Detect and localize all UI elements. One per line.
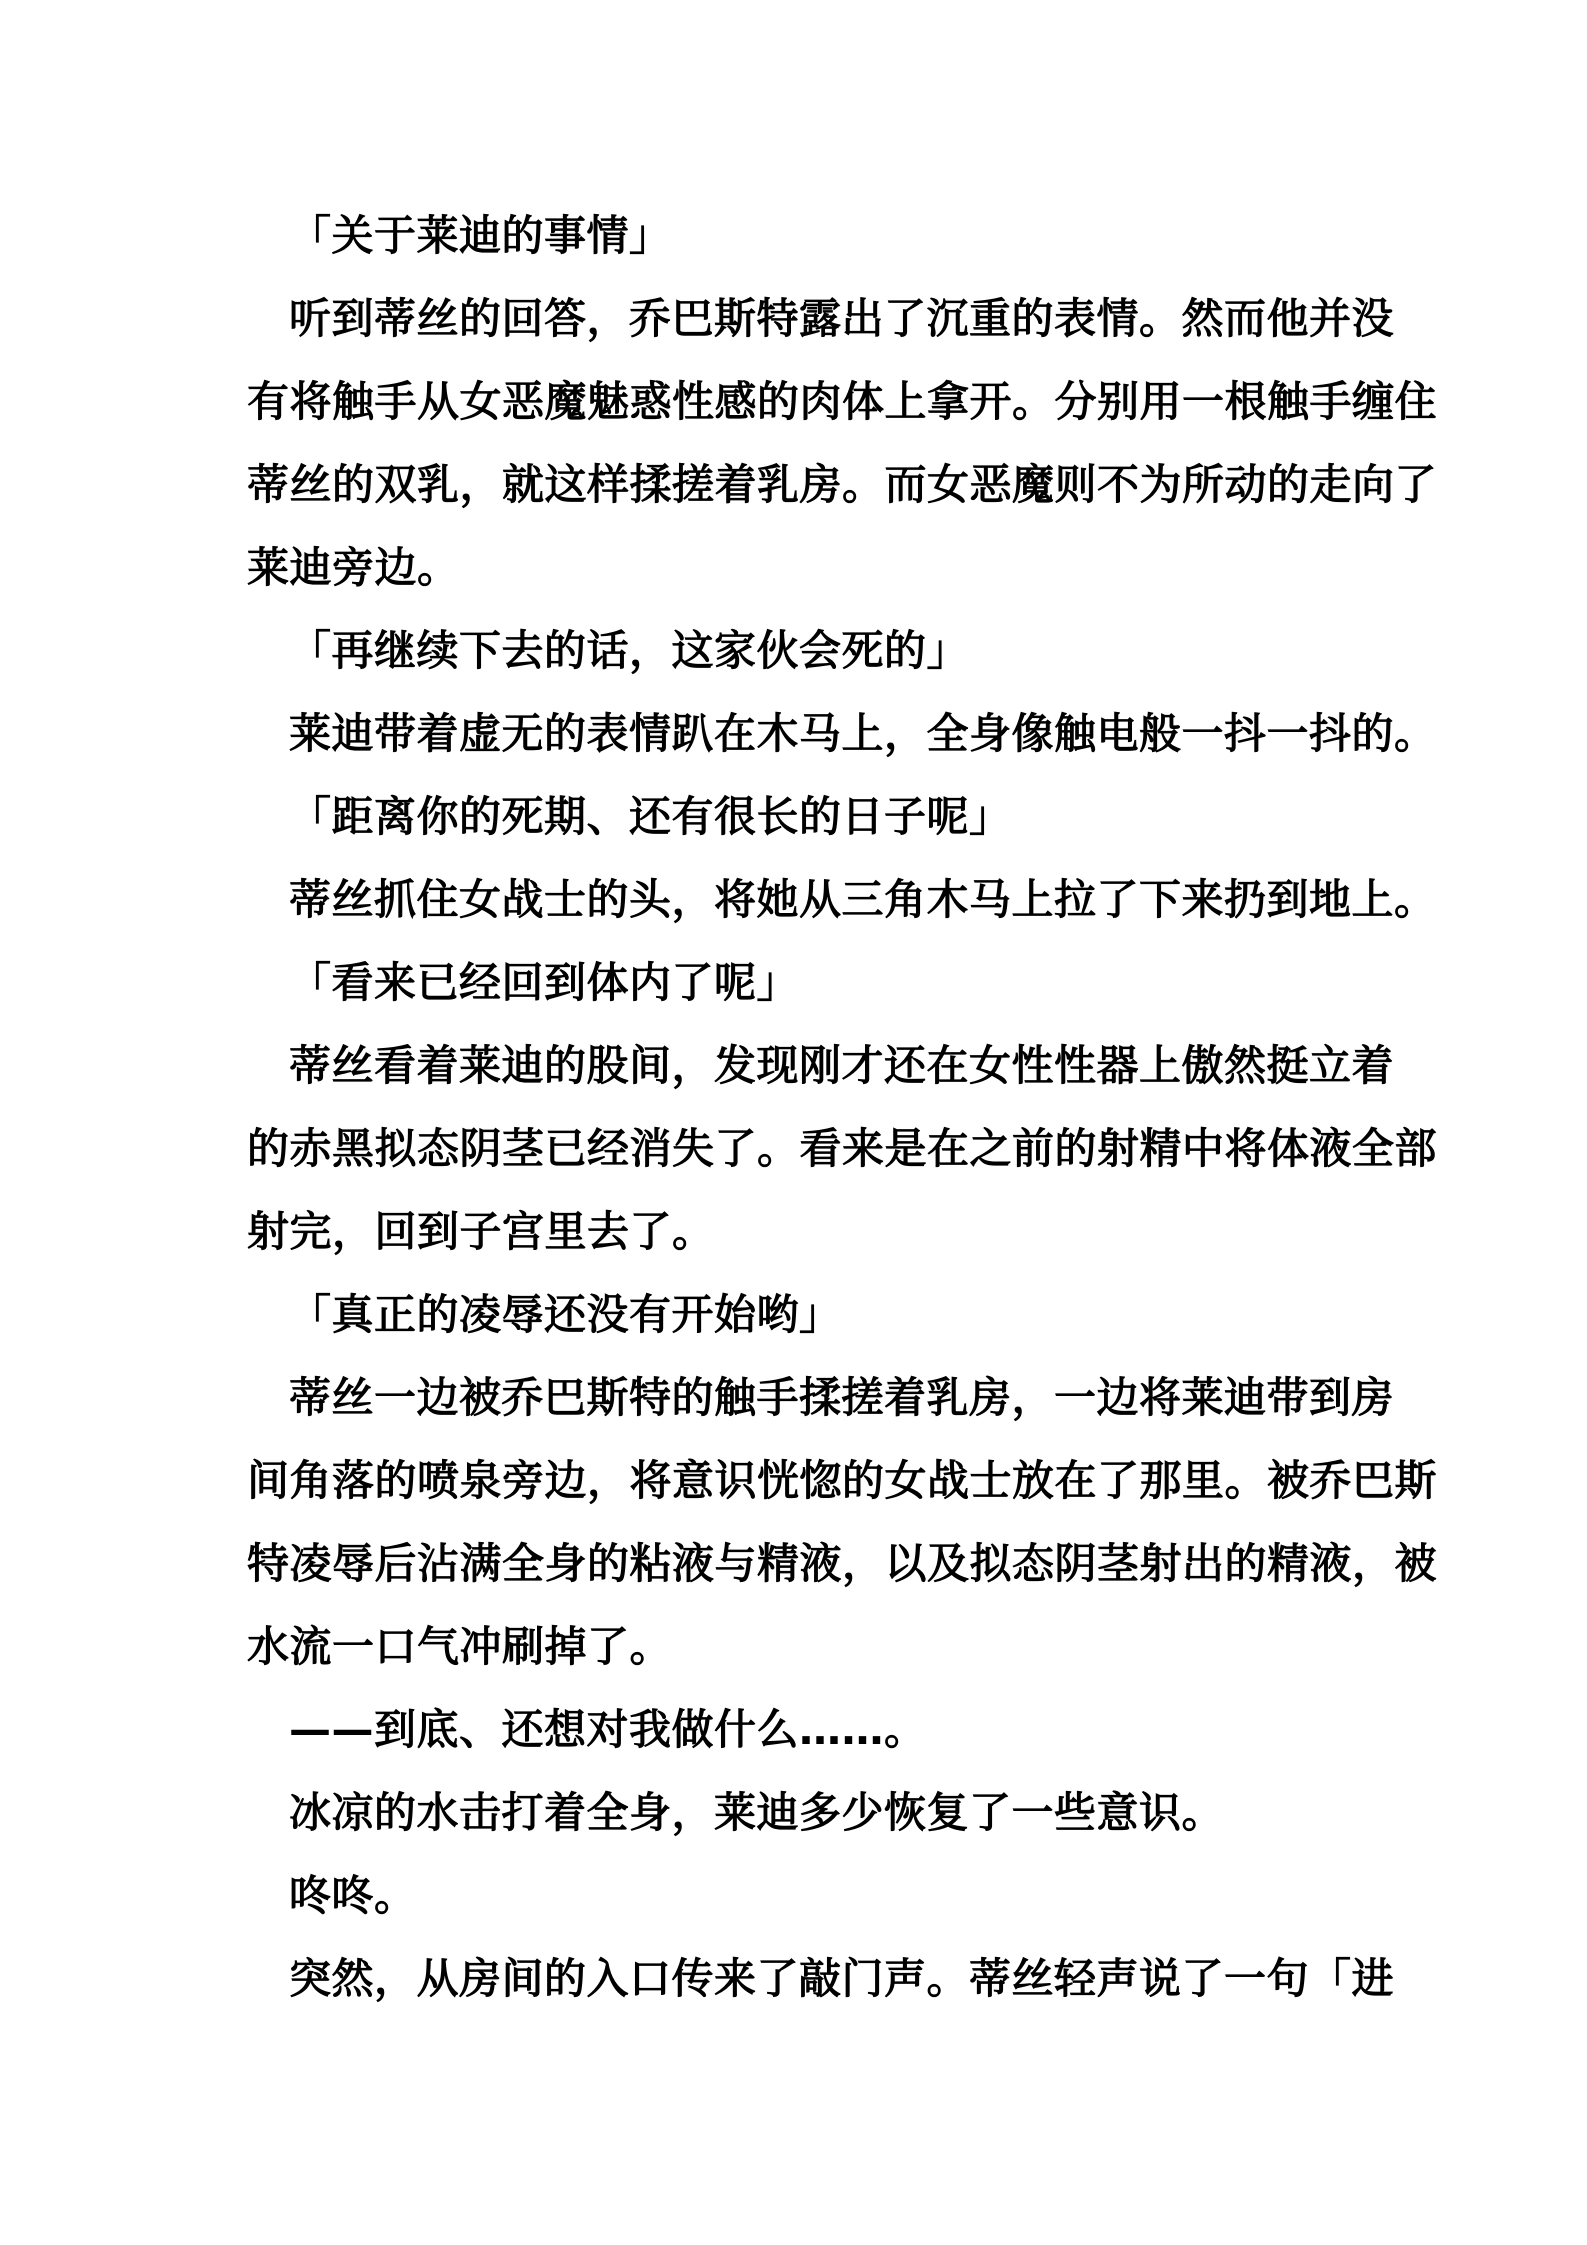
text-line: 「再继续下去的话，这家伙会死的」	[247, 609, 1457, 692]
text-line: 蒂丝一边被乔巴斯特的触手揉搓着乳房，一边将莱迪带到房	[247, 1356, 1457, 1439]
text-line: 有将触手从女恶魔魅惑性感的肉体上拿开。分别用一根触手缠住	[247, 360, 1457, 443]
text-line: 水流一口气冲刷掉了。	[247, 1605, 1457, 1688]
text-line: 蒂丝抓住女战士的头，将她从三角木马上拉了下来扔到地上。	[247, 858, 1457, 941]
text-line: 蒂丝看着莱迪的股间，发现刚才还在女性性器上傲然挺立着	[247, 1024, 1457, 1107]
text-line: 特凌辱后沾满全身的粘液与精液，以及拟态阴茎射出的精液，被	[247, 1522, 1457, 1605]
text-line: 射完，回到子宫里去了。	[247, 1190, 1457, 1273]
text-line: 「关于莱迪的事情」	[247, 194, 1457, 277]
text-line: 听到蒂丝的回答，乔巴斯特露出了沉重的表情。然而他并没	[247, 277, 1457, 360]
text-line: ——到底、还想对我做什么……。	[247, 1688, 1457, 1771]
text-line: 间角落的喷泉旁边，将意识恍惚的女战士放在了那里。被乔巴斯	[247, 1439, 1457, 1522]
text-line: 「真正的凌辱还没有开始哟」	[247, 1273, 1457, 1356]
text-line: 「看来已经回到体内了呢」	[247, 941, 1457, 1024]
document-page: 「关于莱迪的事情」听到蒂丝的回答，乔巴斯特露出了沉重的表情。然而他并没有将触手从…	[0, 0, 1587, 2245]
text-line: 「距离你的死期、还有很长的日子呢」	[247, 775, 1457, 858]
text-line: 咚咚。	[247, 1854, 1457, 1937]
text-line: 莱迪带着虚无的表情趴在木马上，全身像触电般一抖一抖的。	[247, 692, 1457, 775]
text-line: 突然，从房间的入口传来了敲门声。蒂丝轻声说了一句「进	[247, 1937, 1457, 2020]
text-line: 蒂丝的双乳，就这样揉搓着乳房。而女恶魔则不为所动的走向了	[247, 443, 1457, 526]
story-text-block: 「关于莱迪的事情」听到蒂丝的回答，乔巴斯特露出了沉重的表情。然而他并没有将触手从…	[247, 194, 1457, 2020]
text-line: 莱迪旁边。	[247, 526, 1457, 609]
text-line: 冰凉的水击打着全身，莱迪多少恢复了一些意识。	[247, 1771, 1457, 1854]
text-line: 的赤黑拟态阴茎已经消失了。看来是在之前的射精中将体液全部	[247, 1107, 1457, 1190]
